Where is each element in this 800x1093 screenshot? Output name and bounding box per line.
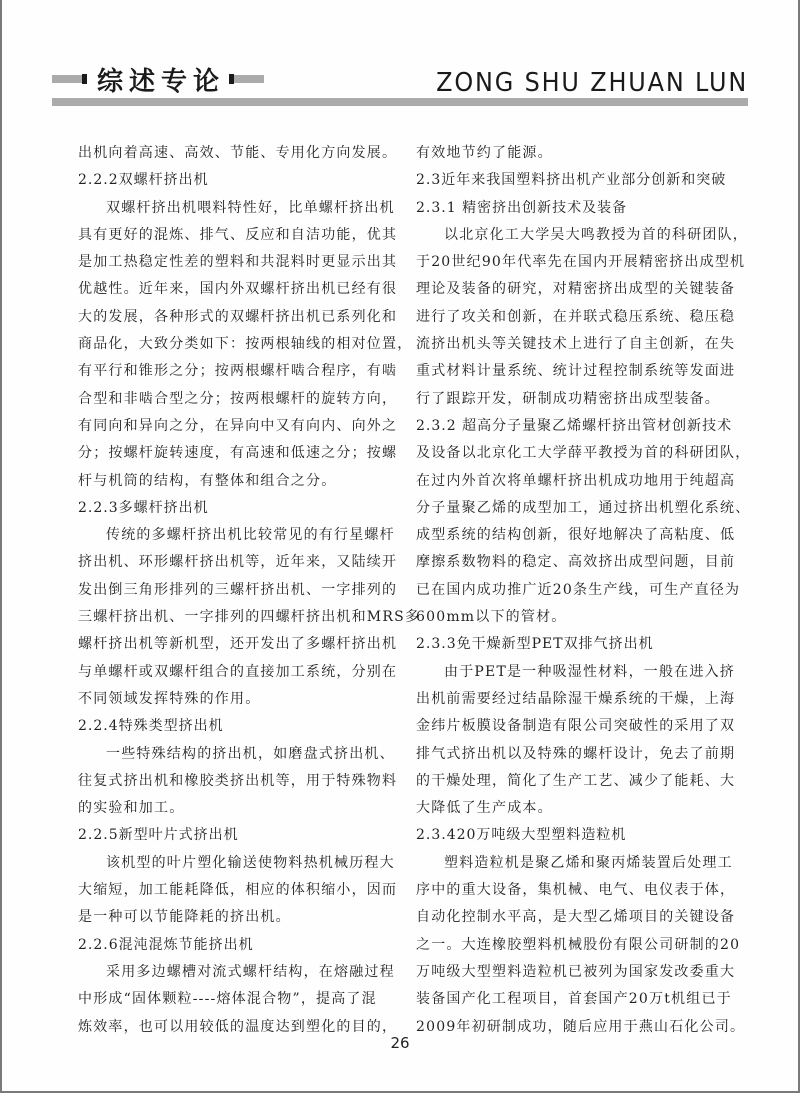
text-line: 杆与机筒的结构，有整体和组合之分。 [78, 468, 418, 495]
section-heading: 2.3近年来我国塑料挤出机产业部分创新和突破 [416, 167, 756, 194]
text-line: 万吨级大型塑料造粒机已被列为国家发改委重大 [416, 959, 756, 986]
header-decor-square-left [82, 74, 87, 84]
text-line: 传统的多螺杆挤出机比较常见的有行星螺杆 [78, 522, 418, 549]
text-line: 是加工热稳定性差的塑料和共混料时更显示出其 [78, 249, 418, 276]
text-line: 大缩短，加工能耗降低，相应的体积缩小，因而 [78, 877, 418, 904]
section-header: 综述专论 [52, 64, 264, 94]
text-line: 分子量聚乙烯的成型加工，通过挤出机塑化系统、 [416, 495, 756, 522]
text-line: 进行了攻关和创新，在并联式稳压系统、稳压稳 [416, 304, 756, 331]
text-line: 装备国产化工程项目，首套国产20万t机组已于 [416, 986, 756, 1013]
text-line: 出机向着高速、高效、节能、专用化方向发展。 [78, 140, 418, 167]
text-line: 之一。大连橡胶塑料机械股份有限公司研制的20 [416, 932, 756, 959]
text-line: 行了跟踪开发，研制成功精密挤出成型装备。 [416, 386, 756, 413]
header-decor-bar-left [52, 75, 82, 83]
text-line: 中形成“固体颗粒----熔体混合物”，提高了混 [78, 986, 418, 1013]
text-line: 有平行和锥形之分；按两根螺杆啮合程序，有啮 [78, 358, 418, 385]
text-line: 商品化，大致分类如下：按两根轴线的相对位置， [78, 331, 418, 358]
text-line: 金纬片板膜设备制造有限公司突破性的采用了双 [416, 713, 756, 740]
journal-page: 综述专论 ZONG SHU ZHUAN LUN 出机向着高速、高效、节能、专用化… [0, 0, 800, 1093]
text-line: 摩擦系数物料的稳定、高效挤出成型问题，目前 [416, 549, 756, 576]
section-heading: 2.3.420万吨级大型塑料造粒机 [416, 822, 756, 849]
text-line: 以北京化工大学吴大鸣教授为首的科研团队， [416, 222, 756, 249]
text-line: 由于PET是一种吸湿性材料，一般在进入挤 [416, 659, 756, 686]
text-line: 有效地节约了能源。 [416, 140, 756, 167]
text-line: 往复式挤出机和橡胶类挤出机等，用于特殊物料 [78, 768, 418, 795]
text-line: 挤出机、环形螺杆挤出机等，近年来，又陆续开 [78, 549, 418, 576]
text-line: 螺杆挤出机等新机型，还开发出了多螺杆挤出机 [78, 631, 418, 658]
text-line: 成型系统的结构创新，很好地解决了高粘度、低 [416, 522, 756, 549]
text-line: 是一种可以节能降耗的挤出机。 [78, 904, 418, 931]
text-line: 的实验和加工。 [78, 795, 418, 822]
text-line: 及设备以北京化工大学薛平教授为首的科研团队， [416, 440, 756, 467]
text-line: 理论及装备的研究，对精密挤出成型的关键装备 [416, 276, 756, 303]
text-line: 三螺杆挤出机、一字排列的四螺杆挤出机和MRS多 [78, 604, 418, 631]
text-line: 塑料造粒机是聚乙烯和聚丙烯装置后处理工 [416, 850, 756, 877]
right-column: 有效地节约了能源。2.3近年来我国塑料挤出机产业部分创新和突破2.3.1 精密挤… [416, 140, 756, 1041]
text-line: 600mm以下的管材。 [416, 604, 756, 631]
text-line: 已在国内成功推广近20条生产线，可生产直径为 [416, 577, 756, 604]
text-line: 与单螺杆或双螺杆组合的直接加工系统，分别在 [78, 659, 418, 686]
text-line: 大的发展，各种形式的双螺杆挤出机已系列化和 [78, 304, 418, 331]
text-line: 的干燥处理，简化了生产工艺、减少了能耗、大 [416, 768, 756, 795]
text-line: 重式材料计量系统、统计过程控制系统等发面进 [416, 358, 756, 385]
text-line: 序中的重大设备，集机械、电气、电仪表于体， [416, 877, 756, 904]
text-line: 不同领域发挥特殊的作用。 [78, 686, 418, 713]
text-line: 分；按螺杆旋转速度，有高速和低速之分；按螺 [78, 440, 418, 467]
section-title-pinyin: ZONG SHU ZHUAN LUN [436, 68, 748, 98]
text-line: 一些特殊结构的挤出机，如磨盘式挤出机、 [78, 741, 418, 768]
section-heading: 2.3.2 超高分子量聚乙烯螺杆挤出管材创新技术 [416, 413, 756, 440]
text-line: 双螺杆挤出机喂料特性好，比单螺杆挤出机 [78, 195, 418, 222]
section-heading: 2.3.3免干燥新型PET双排气挤出机 [416, 631, 756, 658]
text-line: 流挤出机头等关键技术上进行了自主创新，在失 [416, 331, 756, 358]
text-line: 该机型的叶片塑化输送使物料热机械历程大 [78, 850, 418, 877]
text-line: 合型和非啮合型之分；按两根螺杆的旋转方向， [78, 386, 418, 413]
section-heading: 2.2.6混沌混炼节能挤出机 [78, 932, 418, 959]
section-title-cn: 综述专论 [97, 61, 225, 98]
text-line: 具有更好的混炼、排气、反应和自洁功能，优其 [78, 222, 418, 249]
text-line: 在过内外首次将单螺杆挤出机成功地用于纯超高 [416, 468, 756, 495]
section-heading: 2.2.5新型叶片式挤出机 [78, 822, 418, 849]
text-line: 排气式挤出机以及特殊的螺杆设计，免去了前期 [416, 741, 756, 768]
header-decor-bar-right [234, 75, 264, 83]
section-heading: 2.2.3多螺杆挤出机 [78, 495, 418, 522]
text-line: 于20世纪90年代率先在国内开展精密挤出成型机 [416, 249, 756, 276]
section-heading: 2.2.2双螺杆挤出机 [78, 167, 418, 194]
left-column: 出机向着高速、高效、节能、专用化方向发展。2.2.2双螺杆挤出机双螺杆挤出机喂料… [78, 140, 418, 1041]
text-line: 有同向和异向之分，在异向中又有向内、向外之 [78, 413, 418, 440]
text-line: 自动化控制水平高，是大型乙烯项目的关键设备 [416, 904, 756, 931]
section-heading: 2.2.4特殊类型挤出机 [78, 713, 418, 740]
section-heading: 2.3.1 精密挤出创新技术及装备 [416, 195, 756, 222]
text-line: 优越性。近年来，国内外双螺杆挤出机已经有很 [78, 276, 418, 303]
text-line: 出机前需要经过结晶除湿干燥系统的干燥，上海 [416, 686, 756, 713]
page-number: 26 [2, 1034, 798, 1052]
text-line: 发出倒三角形排列的三螺杆挤出机、一字排列的 [78, 577, 418, 604]
text-line: 大降低了生产成本。 [416, 795, 756, 822]
text-line: 采用多边螺槽对流式螺杆结构，在熔融过程 [78, 959, 418, 986]
header-rule [52, 98, 748, 106]
